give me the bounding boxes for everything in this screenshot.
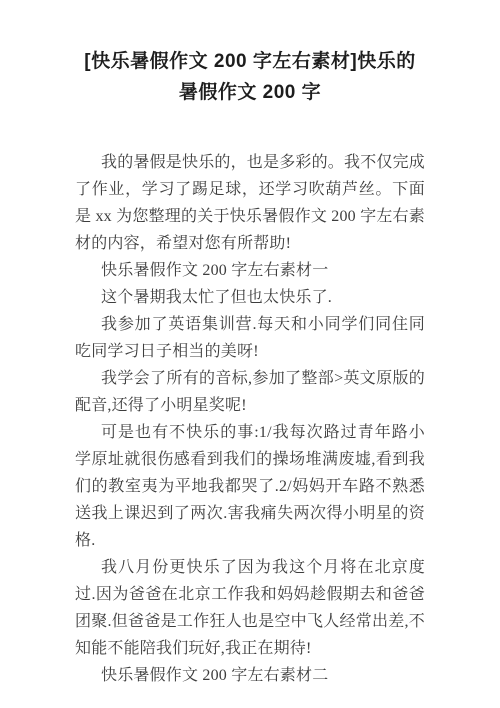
paragraph: 这个暑期我太忙了但也太快乐了. [75, 284, 425, 311]
paragraph-intro: 我的暑假是快乐的，也是多彩的。我不仅完成了作业，学习了踢足球，还学习吹葫芦丝。下… [75, 149, 425, 257]
document-body: 我的暑假是快乐的，也是多彩的。我不仅完成了作业，学习了踢足球，还学习吹葫芦丝。下… [75, 149, 425, 689]
paragraph: 可是也有不快乐的事:1/我每次路过青年路小学原址就很伤感看到我们的操场堆满废墟,… [75, 419, 425, 554]
page-title: [快乐暑假作文 200 字左右素材]快乐的暑假作文 200 字 [75, 46, 425, 108]
paragraph: 我参加了英语集训营.每天和小同学们同住同吃同学习日子相当的美呀! [75, 311, 425, 365]
paragraph: 我八月份更快乐了因为我这个月将在北京度过.因为爸爸在北京工作我和妈妈趁假期去和爸… [75, 554, 425, 662]
document-page: [快乐暑假作文 200 字左右素材]快乐的暑假作文 200 字 我的暑假是快乐的… [0, 0, 500, 708]
paragraph: 我学会了所有的音标,参加了整部>英文原版的配音,还得了小明星奖呢! [75, 365, 425, 419]
section-heading-one: 快乐暑假作文 200 字左右素材一 [75, 257, 425, 284]
section-heading-two: 快乐暑假作文 200 字左右素材二 [75, 662, 425, 689]
